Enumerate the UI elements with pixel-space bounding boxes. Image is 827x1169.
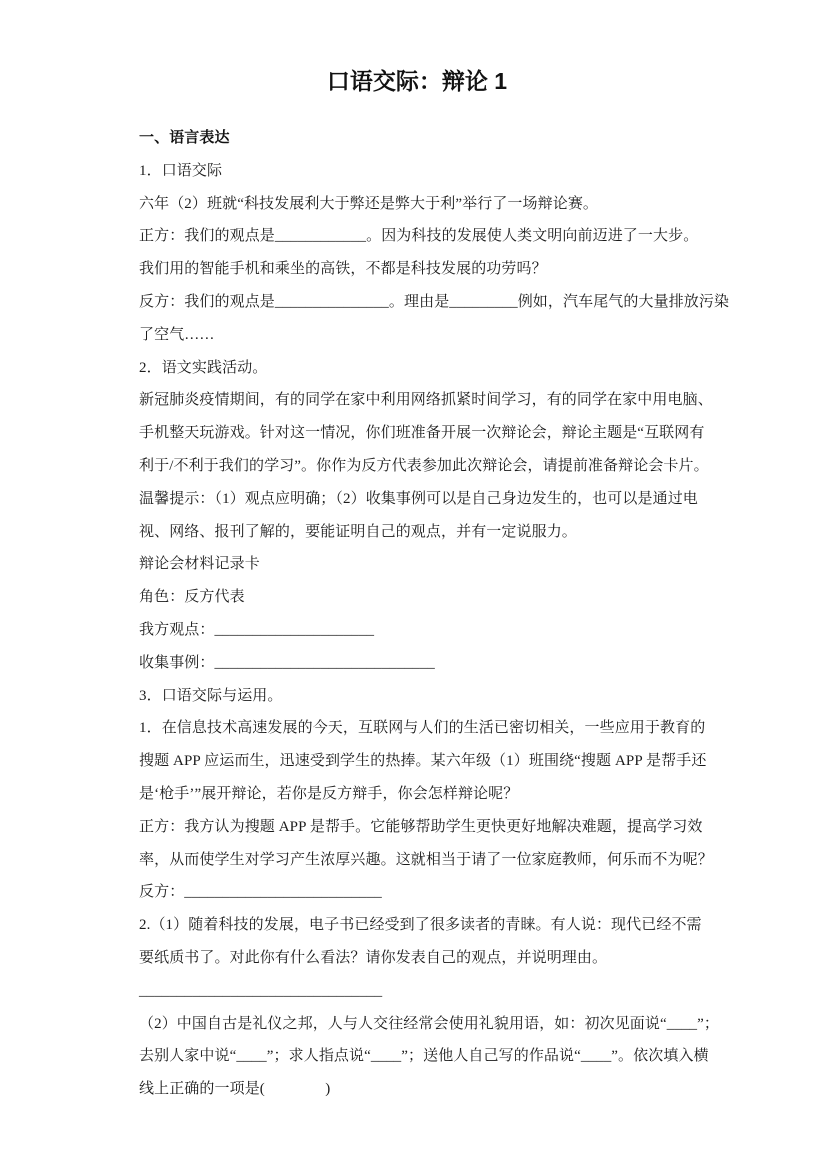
q2-hint-line1: 温馨提示：（1）观点应明确；（2）收集事例可以是自己身边发生的，也可以是通过电 (139, 483, 695, 516)
q3-1-context-line2: 搜题 APP 应运而生，迅速受到学生的热捧。某六年级（1）班围绕“搜题 APP … (139, 745, 695, 778)
q2-card-role: 角色：反方代表 (139, 581, 695, 614)
q3-2-1-answer-blank: ________________________________ (139, 975, 695, 1008)
q1-pro-side-line: 正方：我们的观点是____________。因为科技的发展使人类文明向前迈进了一… (139, 220, 695, 253)
question-1-label: 1．口语交际 (139, 155, 695, 188)
q1-pro-side-line2: 我们用的智能手机和乘坐的高铁，不都是科技发展的功劳吗？ (139, 253, 695, 286)
q3-1-context-line1: 1．在信息技术高速发展的今天，互联网与人们的生活已密切相关，一些应用于教育的 (139, 712, 695, 745)
q3-1-pro-side-line1: 正方：我方认为搜题 APP 是帮手。它能够帮助学生更快更好地解决难题，提高学习效 (139, 811, 695, 844)
document-body: 口语交际：辩论 1 一、语言表达 1．口语交际 六年（2）班就“科技发展利大于弊… (139, 66, 695, 1106)
document-title: 口语交际：辩论 1 (139, 66, 695, 96)
section-one-heading: 一、语言表达 (139, 122, 695, 155)
worksheet-page: 口语交际：辩论 1 一、语言表达 1．口语交际 六年（2）班就“科技发展利大于弊… (0, 0, 827, 1169)
q3-2-1-context-line1: 2.（1）随着科技的发展，电子书已经受到了很多读者的青睐。有人说：现代已经不需 (139, 909, 695, 942)
q2-hint-line2: 视、网络、报刊了解的，要能证明自己的观点，并有一定说服力。 (139, 516, 695, 549)
q2-context-line3: 利于/不利于我们的学习”。你作为反方代表参加此次辩论会，请提前准备辩论会卡片。 (139, 450, 695, 483)
question-3-label: 3．口语交际与运用。 (139, 680, 695, 713)
q3-2-2-choice-blank: 线上正确的一项是( ) (139, 1073, 695, 1106)
q3-1-pro-side-line2: 率，从而使学生对学习产生浓厚兴趣。这就相当于请了一位家庭教师，何乐而不为呢？ (139, 844, 695, 877)
q1-con-side-line: 反方：我们的观点是_______________。理由是_________例如，… (139, 286, 695, 319)
q2-context-line1: 新冠肺炎疫情期间，有的同学在家中利用网络抓紧时间学习，有的同学在家中用电脑、 (139, 384, 695, 417)
q2-card-examples-blank: 收集事例：_____________________________ (139, 647, 695, 680)
q2-context-line2: 手机整天玩游戏。针对这一情况，你们班准备开展一次辩论会，辩论主题是“互联网有 (139, 417, 695, 450)
q3-1-con-side-blank: 反方：__________________________ (139, 876, 695, 909)
q2-card-viewpoint-blank: 我方观点：_____________________ (139, 614, 695, 647)
q3-2-2-context-line2: 去别人家中说“____”；求人指点说“____”；送他人自己写的作品说“____… (139, 1040, 695, 1073)
q2-card-title: 辩论会材料记录卡 (139, 548, 695, 581)
question-2-label: 2．语文实践活动。 (139, 352, 695, 385)
q3-2-2-context-line1: （2）中国自古是礼仪之邦，人与人交往经常会使用礼貌用语，如：初次见面说“____… (139, 1008, 695, 1041)
q1-con-side-line2: 了空气…… (139, 319, 695, 352)
q1-intro-line: 六年（2）班就“科技发展利大于弊还是弊大于利”举行了一场辩论赛。 (139, 188, 695, 221)
q3-2-1-context-line2: 要纸质书了。对此你有什么看法？请你发表自己的观点，并说明理由。 (139, 942, 695, 975)
q3-1-context-line3: 是‘枪手’”展开辩论，若你是反方辩手，你会怎样辩论呢？ (139, 778, 695, 811)
